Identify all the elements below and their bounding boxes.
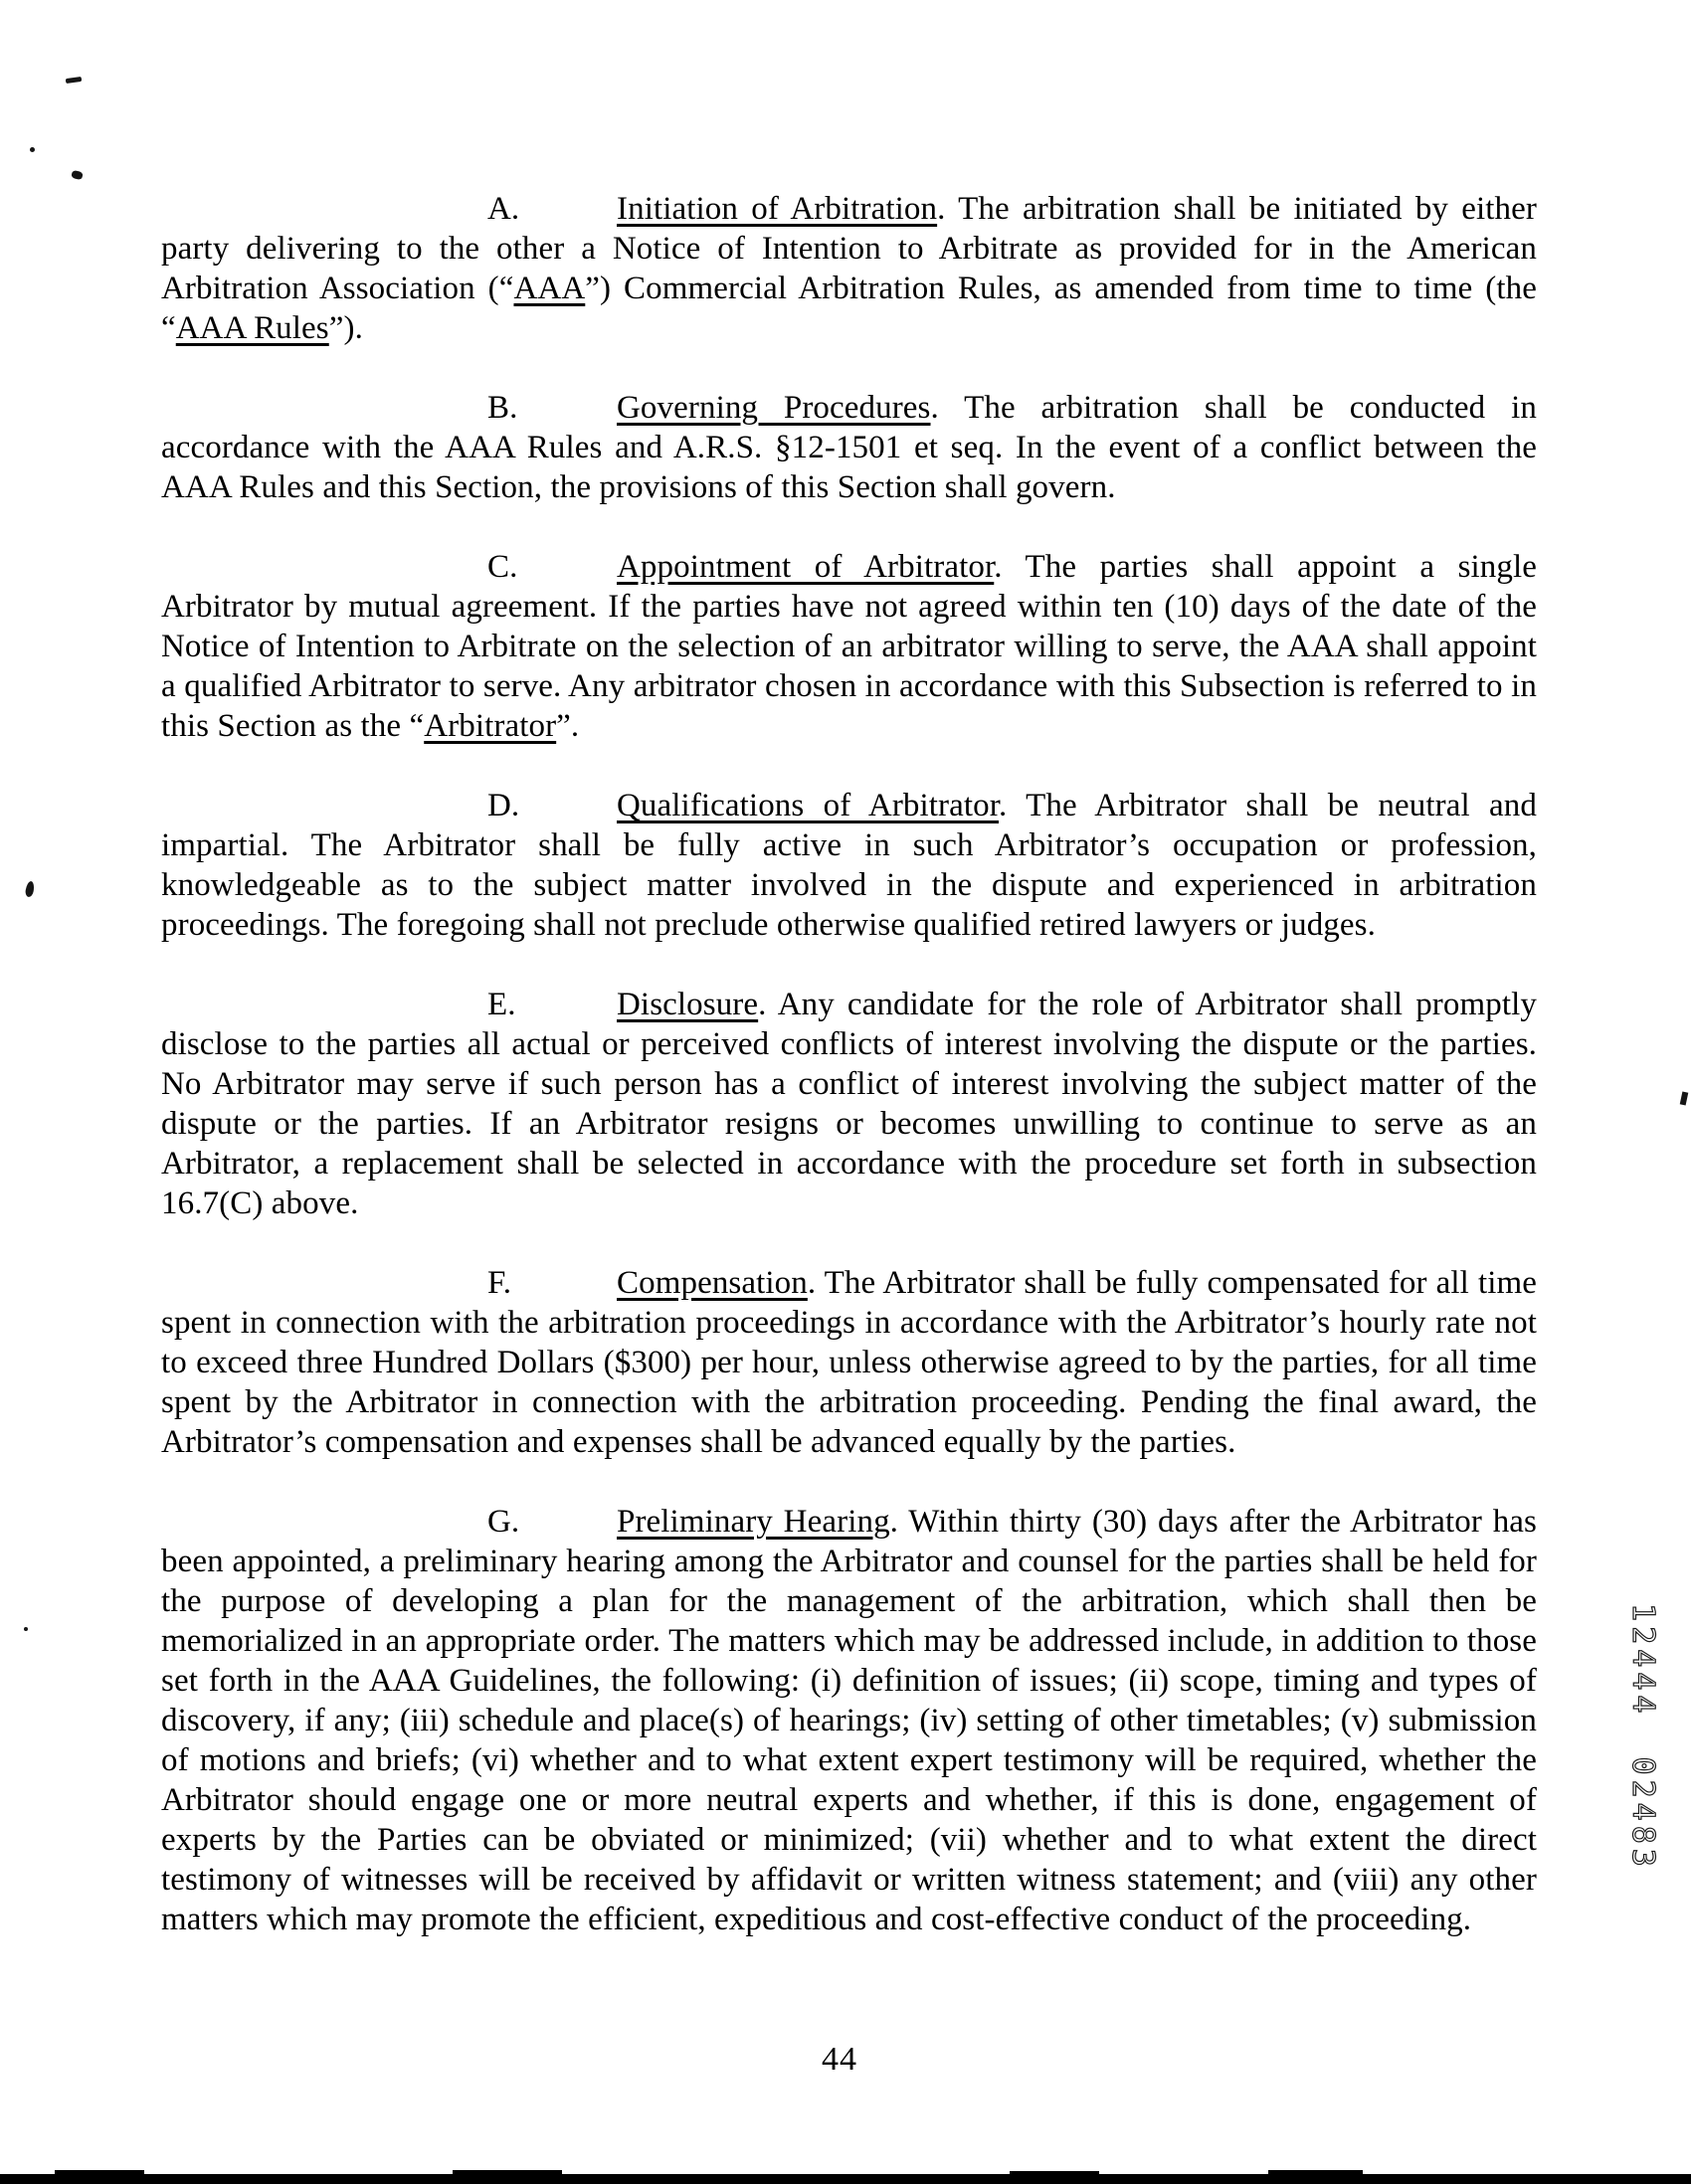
section-heading: Appointment of Arbitrator xyxy=(617,549,994,585)
section-letter: E. xyxy=(487,985,617,1024)
paragraph-text: ”). xyxy=(329,310,363,346)
scan-speck xyxy=(24,1627,28,1631)
section-letter: F. xyxy=(487,1263,617,1303)
section-heading: Governing Procedures xyxy=(617,390,931,426)
document-body: A.Initiation of Arbitration. The arbitra… xyxy=(161,189,1537,1939)
scan-speck xyxy=(71,170,84,181)
paragraph-A: A.Initiation of Arbitration. The arbitra… xyxy=(161,189,1537,348)
paragraph-D: D.Qualifications of Arbitrator. The Arbi… xyxy=(161,786,1537,945)
paragraph-C: C.Appointment of Arbitrator. The parties… xyxy=(161,547,1537,746)
section-letter: C. xyxy=(487,547,617,587)
section-letter: A. xyxy=(487,189,617,229)
paragraph-E: E.Disclosure. Any candidate for the role… xyxy=(161,985,1537,1223)
section-heading: Qualifications of Arbitrator xyxy=(617,788,999,823)
paragraph-text: . Any candidate for the role of Arbitrat… xyxy=(161,987,1537,1221)
page-number: 44 xyxy=(822,2041,857,2079)
paragraph-F: F.Compensation. The Arbitrator shall be … xyxy=(161,1263,1537,1462)
defined-term: AAA Rules xyxy=(176,310,329,346)
scan-artifact-bottom-bar xyxy=(0,2174,1691,2184)
section-heading: Disclosure xyxy=(617,987,758,1022)
section-heading: Preliminary Hearing xyxy=(617,1504,890,1540)
section-heading: Initiation of Arbitration xyxy=(617,191,937,227)
paragraph-B: B.Governing Procedures. The arbitration … xyxy=(161,388,1537,507)
defined-term: AAA xyxy=(513,271,585,306)
paragraph-text: ”. xyxy=(556,708,579,744)
paragraph-text: . Within thirty (30) days after the Arbi… xyxy=(161,1504,1537,1937)
document-page: A.Initiation of Arbitration. The arbitra… xyxy=(0,0,1691,2184)
scan-speck xyxy=(66,77,83,84)
bates-number: 12444 02483 xyxy=(1626,1598,1660,1877)
section-letter: G. xyxy=(487,1502,617,1542)
defined-term: Arbitrator xyxy=(424,708,556,744)
scan-speck xyxy=(1680,1092,1689,1106)
scan-speck xyxy=(25,880,36,897)
section-letter: B. xyxy=(487,388,617,428)
paragraph-text: . The Arbitrator shall be fully compensa… xyxy=(161,1265,1537,1460)
paragraph-G: G.Preliminary Hearing. Within thirty (30… xyxy=(161,1502,1537,1939)
section-heading: Compensation xyxy=(617,1265,808,1301)
scan-speck xyxy=(30,147,35,152)
section-letter: D. xyxy=(487,786,617,825)
